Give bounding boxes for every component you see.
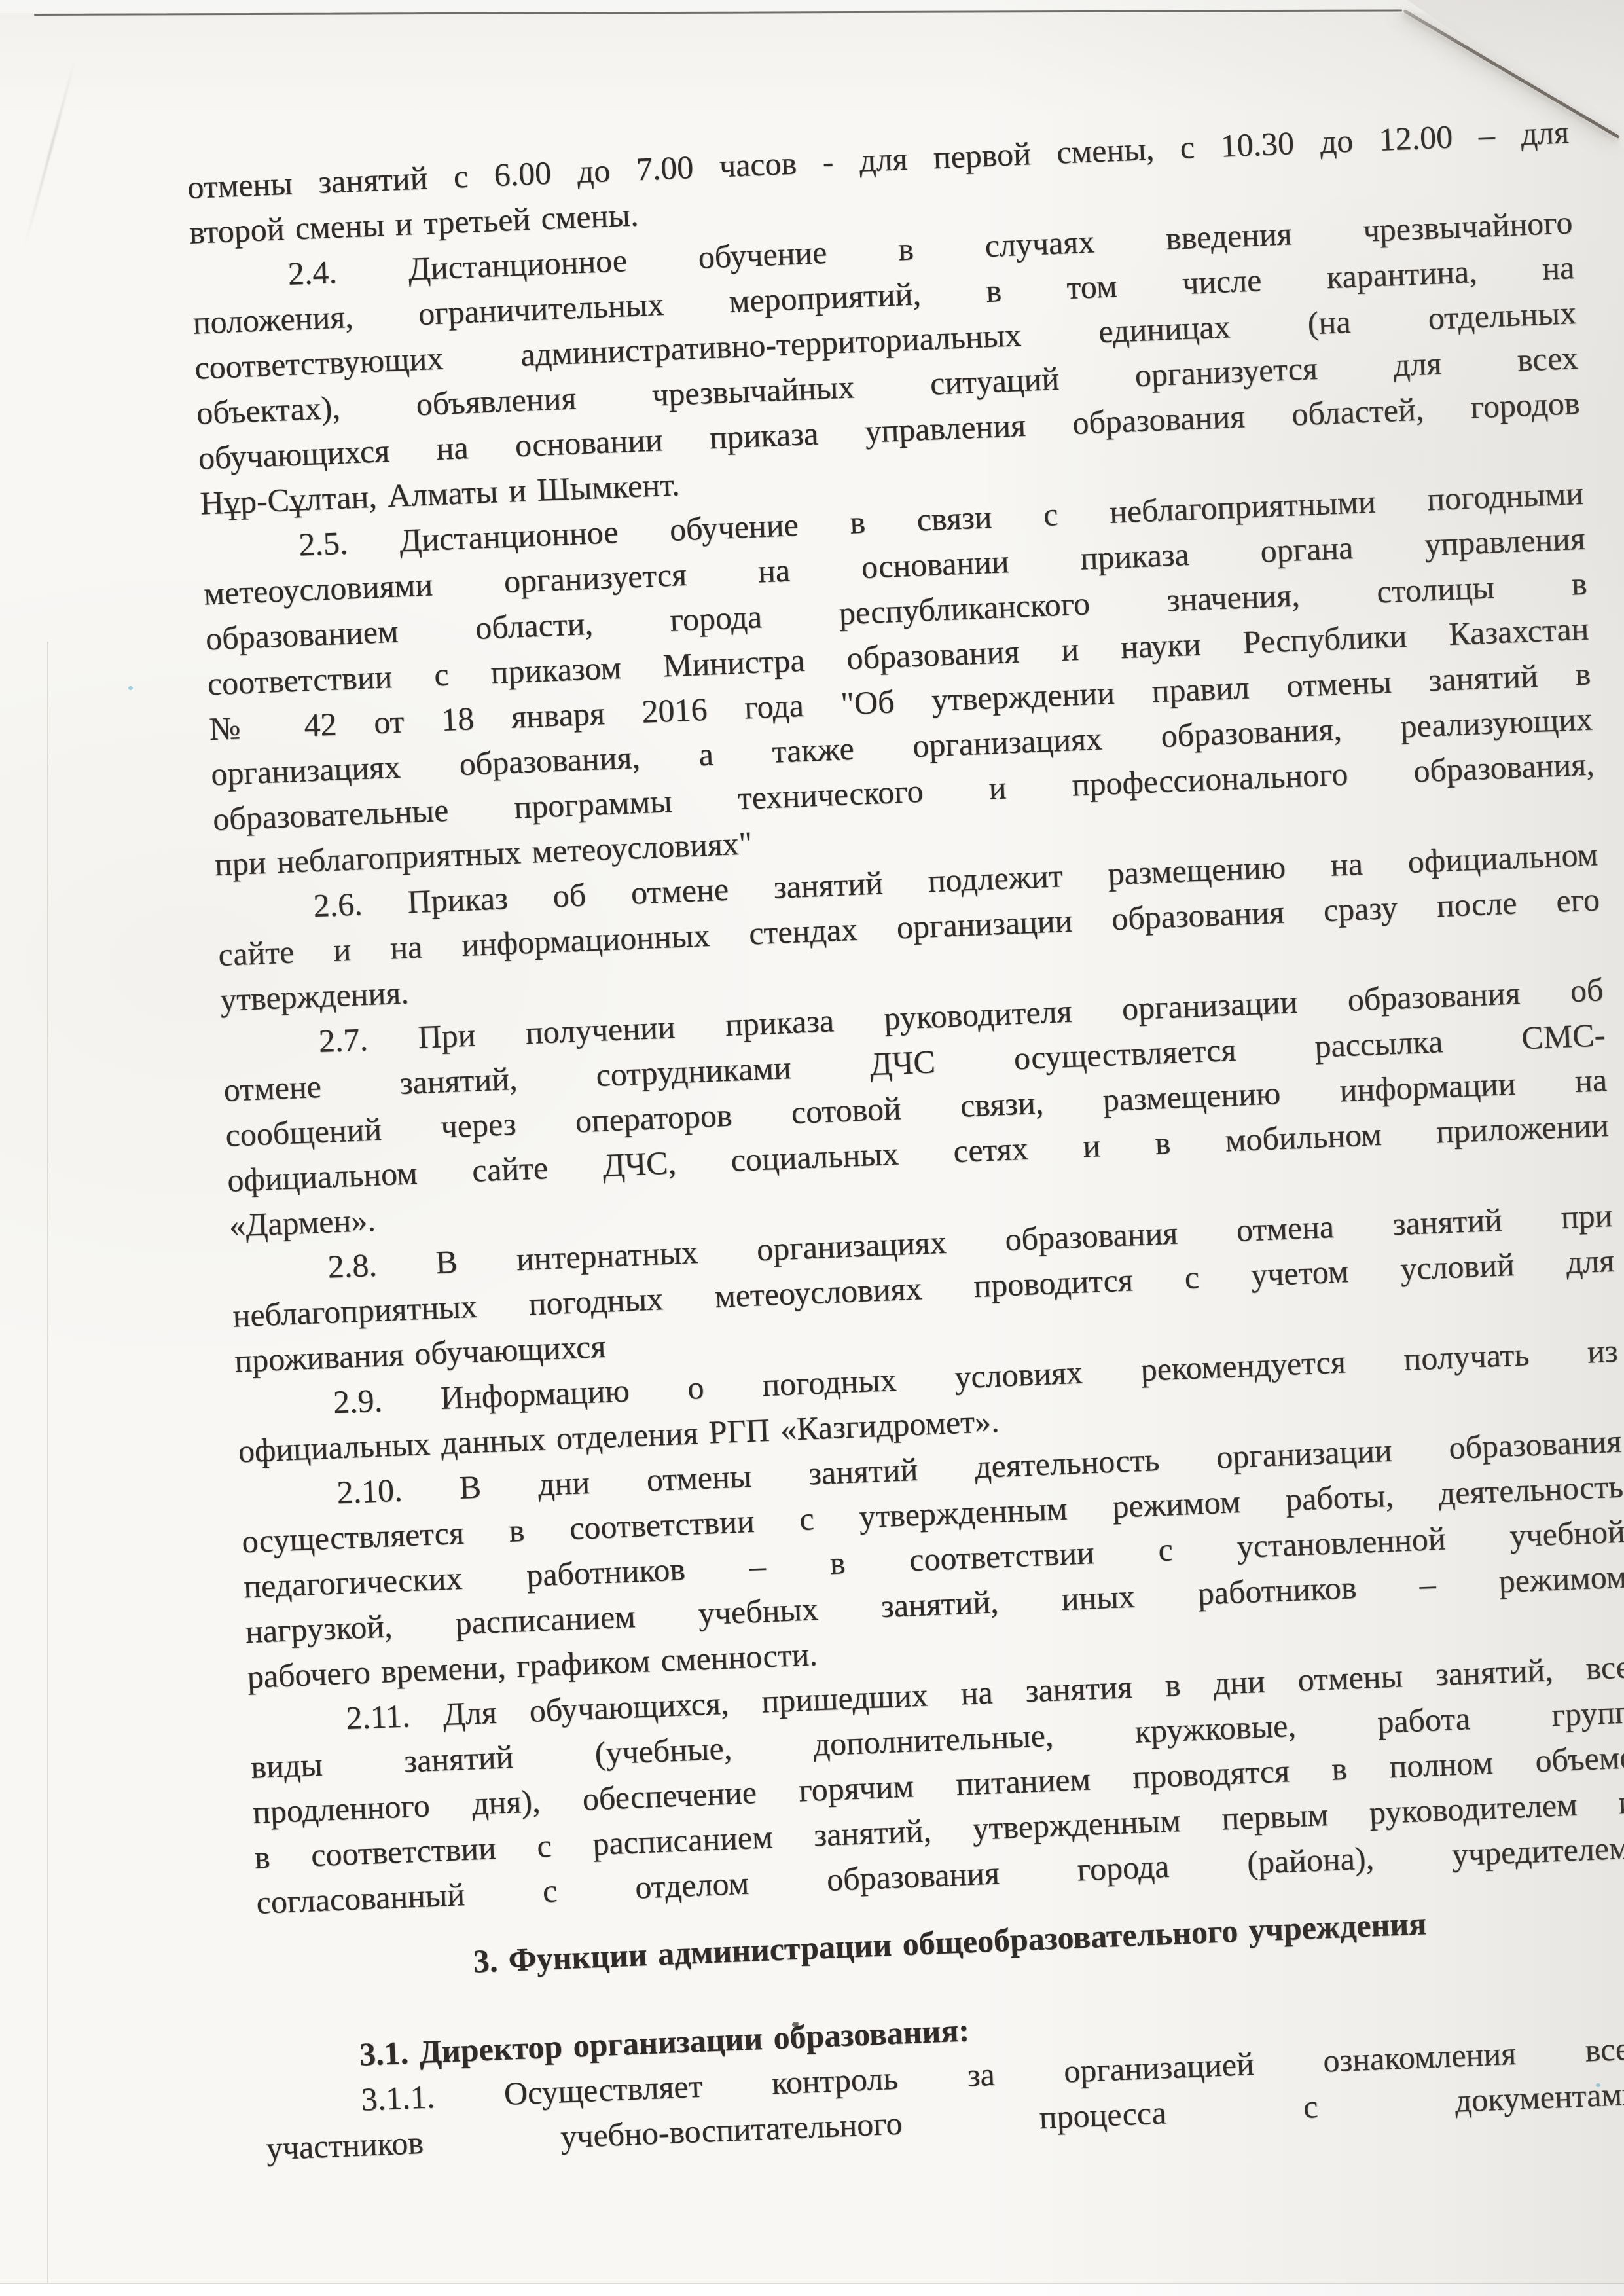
scan-artifact-speck <box>128 686 133 690</box>
document-text: отмены занятий с 6.00 до 7.00 часов - дл… <box>187 109 1624 2171</box>
scanned-document-page: отмены занятий с 6.00 до 7.00 часов - дл… <box>0 0 1624 2296</box>
scan-artifact-speck <box>1596 2083 1600 2087</box>
scanner-bottom-strip <box>0 2283 1624 2296</box>
paper-crease <box>24 60 76 247</box>
page-edge-line <box>47 642 48 2285</box>
